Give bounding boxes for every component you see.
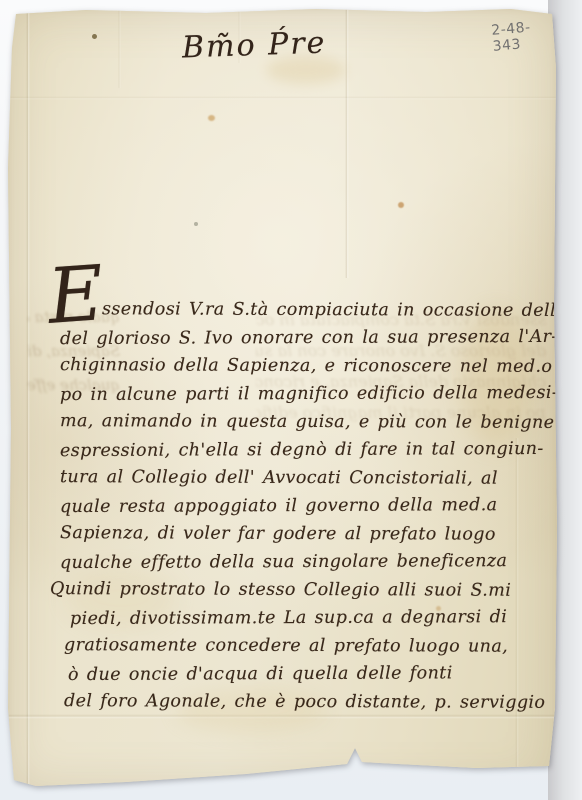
letter-line: gratiosamente concedere al prefato luogo…	[54, 631, 558, 661]
archival-number: 2-48-343	[491, 17, 558, 55]
letter-line: piedi, divotissimam.te La sup.ca a degna…	[54, 603, 558, 633]
letter-line: qualche effetto della sua singolare bene…	[54, 547, 558, 577]
letter-body: E ssendosi V.ra S.tà compiaciuta in occa…	[54, 296, 558, 716]
letter-line: ma, animando in questa guisa, e più con …	[54, 407, 558, 437]
fold-crease-vertical	[118, 8, 121, 88]
paper-sheet: quale resta appoggiato il governo della …	[6, 8, 558, 792]
letter-line: Quindi prostrato lo stesso Collegio alli…	[50, 575, 558, 605]
foxing-stain	[92, 34, 97, 39]
letter-line: ò due oncie d'acqua di quella delle font…	[54, 659, 558, 689]
letter-line: del foro Agonale, che è poco distante, p…	[54, 687, 558, 717]
letter-line: del glorioso S. Ivo onorare con la sua p…	[54, 323, 558, 353]
letter-line: po in alcune parti il magnifico edificio…	[54, 379, 558, 409]
fold-crease-horizontal	[6, 96, 558, 100]
fold-crease-vertical	[345, 8, 349, 278]
paper-wrapper: quale resta appoggiato il governo della …	[6, 8, 558, 792]
letter-heading: Bm̃o Ṕre	[181, 25, 327, 65]
letter-line: Sapienza, di voler far godere al prefato…	[54, 519, 558, 549]
letter-line: ssendosi V.ra S.tà compiaciuta in occasi…	[54, 295, 558, 325]
foxing-stain	[208, 115, 215, 121]
letter-line: quale resta appoggiato il governo della …	[54, 491, 558, 521]
letter-line: chiginnasio della Sapienza, e riconoscer…	[54, 351, 558, 381]
foxing-stain	[398, 202, 404, 208]
foxing-stain	[194, 222, 198, 226]
letter-line: tura al Collegio dell' Avvocati Concisto…	[54, 463, 558, 493]
fold-crease-vertical	[26, 8, 30, 792]
letter-line: espressioni, ch'ella si degnò di fare in…	[54, 435, 558, 465]
